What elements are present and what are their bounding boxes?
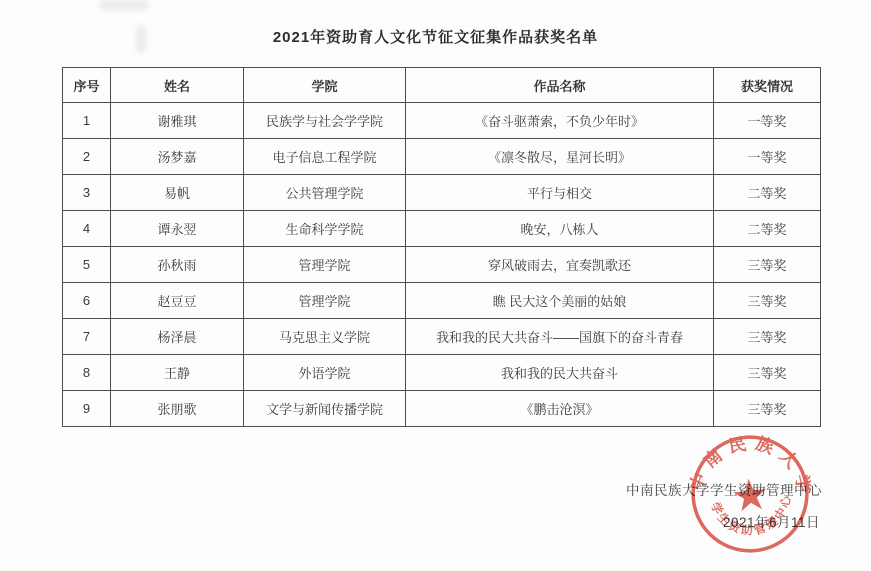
table-cell: 平行与相交 bbox=[406, 175, 714, 211]
table-cell: 3 bbox=[63, 175, 111, 211]
table-row: 5孙秋雨管理学院穿风破雨去，宜奏凯歌还三等奖 bbox=[63, 247, 821, 283]
table-cell: 《鹏击沧溟》 bbox=[406, 391, 714, 427]
table-cell: 二等奖 bbox=[714, 175, 821, 211]
table-cell: 汤梦嘉 bbox=[111, 139, 244, 175]
table-cell: 一等奖 bbox=[714, 139, 821, 175]
table-row: 3易帆公共管理学院平行与相交二等奖 bbox=[63, 175, 821, 211]
table-row: 6赵豆豆管理学院瞧 民大这个美丽的姑娘三等奖 bbox=[63, 283, 821, 319]
table-cell: 2 bbox=[63, 139, 111, 175]
table-cell: 我和我的民大共奋斗 bbox=[406, 355, 714, 391]
table-cell: 《凛冬散尽，星河长明》 bbox=[406, 139, 714, 175]
table-cell: 公共管理学院 bbox=[244, 175, 406, 211]
table-cell: 外语学院 bbox=[244, 355, 406, 391]
table-row: 1谢雅琪民族学与社会学学院《奋斗驱萧索，不负少年时》一等奖 bbox=[63, 103, 821, 139]
table-cell: 马克思主义学院 bbox=[244, 319, 406, 355]
seal-arc-top-text: 中南民族大学 bbox=[682, 426, 817, 512]
table-cell: 一等奖 bbox=[714, 103, 821, 139]
column-header: 序号 bbox=[63, 68, 111, 103]
table-cell: 民族学与社会学学院 bbox=[244, 103, 406, 139]
table-cell: 易帆 bbox=[111, 175, 244, 211]
table-cell: 6 bbox=[63, 283, 111, 319]
table-cell: 三等奖 bbox=[714, 319, 821, 355]
table-cell: 《奋斗驱萧索，不负少年时》 bbox=[406, 103, 714, 139]
issue-date: 2021年6月11日 bbox=[723, 511, 820, 531]
table-cell: 孙秋雨 bbox=[111, 247, 244, 283]
table-cell: 三等奖 bbox=[714, 283, 821, 319]
awards-table-body: 1谢雅琪民族学与社会学学院《奋斗驱萧索，不负少年时》一等奖2汤梦嘉电子信息工程学… bbox=[63, 103, 821, 427]
table-cell: 瞧 民大这个美丽的姑娘 bbox=[406, 283, 714, 319]
table-cell: 7 bbox=[63, 319, 111, 355]
table-cell: 管理学院 bbox=[244, 283, 406, 319]
table-cell: 晚安，八栋人 bbox=[406, 211, 714, 247]
table-cell: 穿风破雨去，宜奏凯歌还 bbox=[406, 247, 714, 283]
table-cell: 管理学院 bbox=[244, 247, 406, 283]
table-row: 4谭永翌生命科学学院晚安，八栋人二等奖 bbox=[63, 211, 821, 247]
column-header: 学院 bbox=[244, 68, 406, 103]
table-cell: 生命科学学院 bbox=[244, 211, 406, 247]
table-cell: 我和我的民大共奋斗——国旗下的奋斗青春 bbox=[406, 319, 714, 355]
table-cell: 电子信息工程学院 bbox=[244, 139, 406, 175]
table-row: 9张朋歌文学与新闻传播学院《鹏击沧溟》三等奖 bbox=[63, 391, 821, 427]
table-header-row: 序号姓名学院作品名称获奖情况 bbox=[63, 68, 821, 103]
table-cell: 5 bbox=[63, 247, 111, 283]
table-cell: 三等奖 bbox=[714, 391, 821, 427]
column-header: 姓名 bbox=[111, 68, 244, 103]
table-cell: 文学与新闻传播学院 bbox=[244, 391, 406, 427]
table-cell: 二等奖 bbox=[714, 211, 821, 247]
table-row: 7杨泽晨马克思主义学院我和我的民大共奋斗——国旗下的奋斗青春三等奖 bbox=[63, 319, 821, 355]
table-cell: 1 bbox=[63, 103, 111, 139]
table-cell: 王静 bbox=[111, 355, 244, 391]
table-cell: 谭永翌 bbox=[111, 211, 244, 247]
table-row: 8王静外语学院我和我的民大共奋斗三等奖 bbox=[63, 355, 821, 391]
column-header: 获奖情况 bbox=[714, 68, 821, 103]
table-row: 2汤梦嘉电子信息工程学院《凛冬散尽，星河长明》一等奖 bbox=[63, 139, 821, 175]
awards-table: 序号姓名学院作品名称获奖情况 1谢雅琪民族学与社会学学院《奋斗驱萧索，不负少年时… bbox=[62, 67, 821, 427]
issuing-org: 中南民族大学学生资助管理中心 bbox=[626, 479, 822, 499]
table-cell: 9 bbox=[63, 391, 111, 427]
table-cell: 三等奖 bbox=[714, 355, 821, 391]
scan-artifact bbox=[100, 0, 148, 10]
table-cell: 张朋歌 bbox=[111, 391, 244, 427]
table-cell: 杨泽晨 bbox=[111, 319, 244, 355]
table-cell: 赵豆豆 bbox=[111, 283, 244, 319]
page-title: 2021年资助育人文化节征文征集作品获奖名单 bbox=[0, 26, 871, 47]
table-cell: 8 bbox=[63, 355, 111, 391]
column-header: 作品名称 bbox=[406, 68, 714, 103]
table-cell: 4 bbox=[63, 211, 111, 247]
table-cell: 三等奖 bbox=[714, 247, 821, 283]
table-cell: 谢雅琪 bbox=[111, 103, 244, 139]
